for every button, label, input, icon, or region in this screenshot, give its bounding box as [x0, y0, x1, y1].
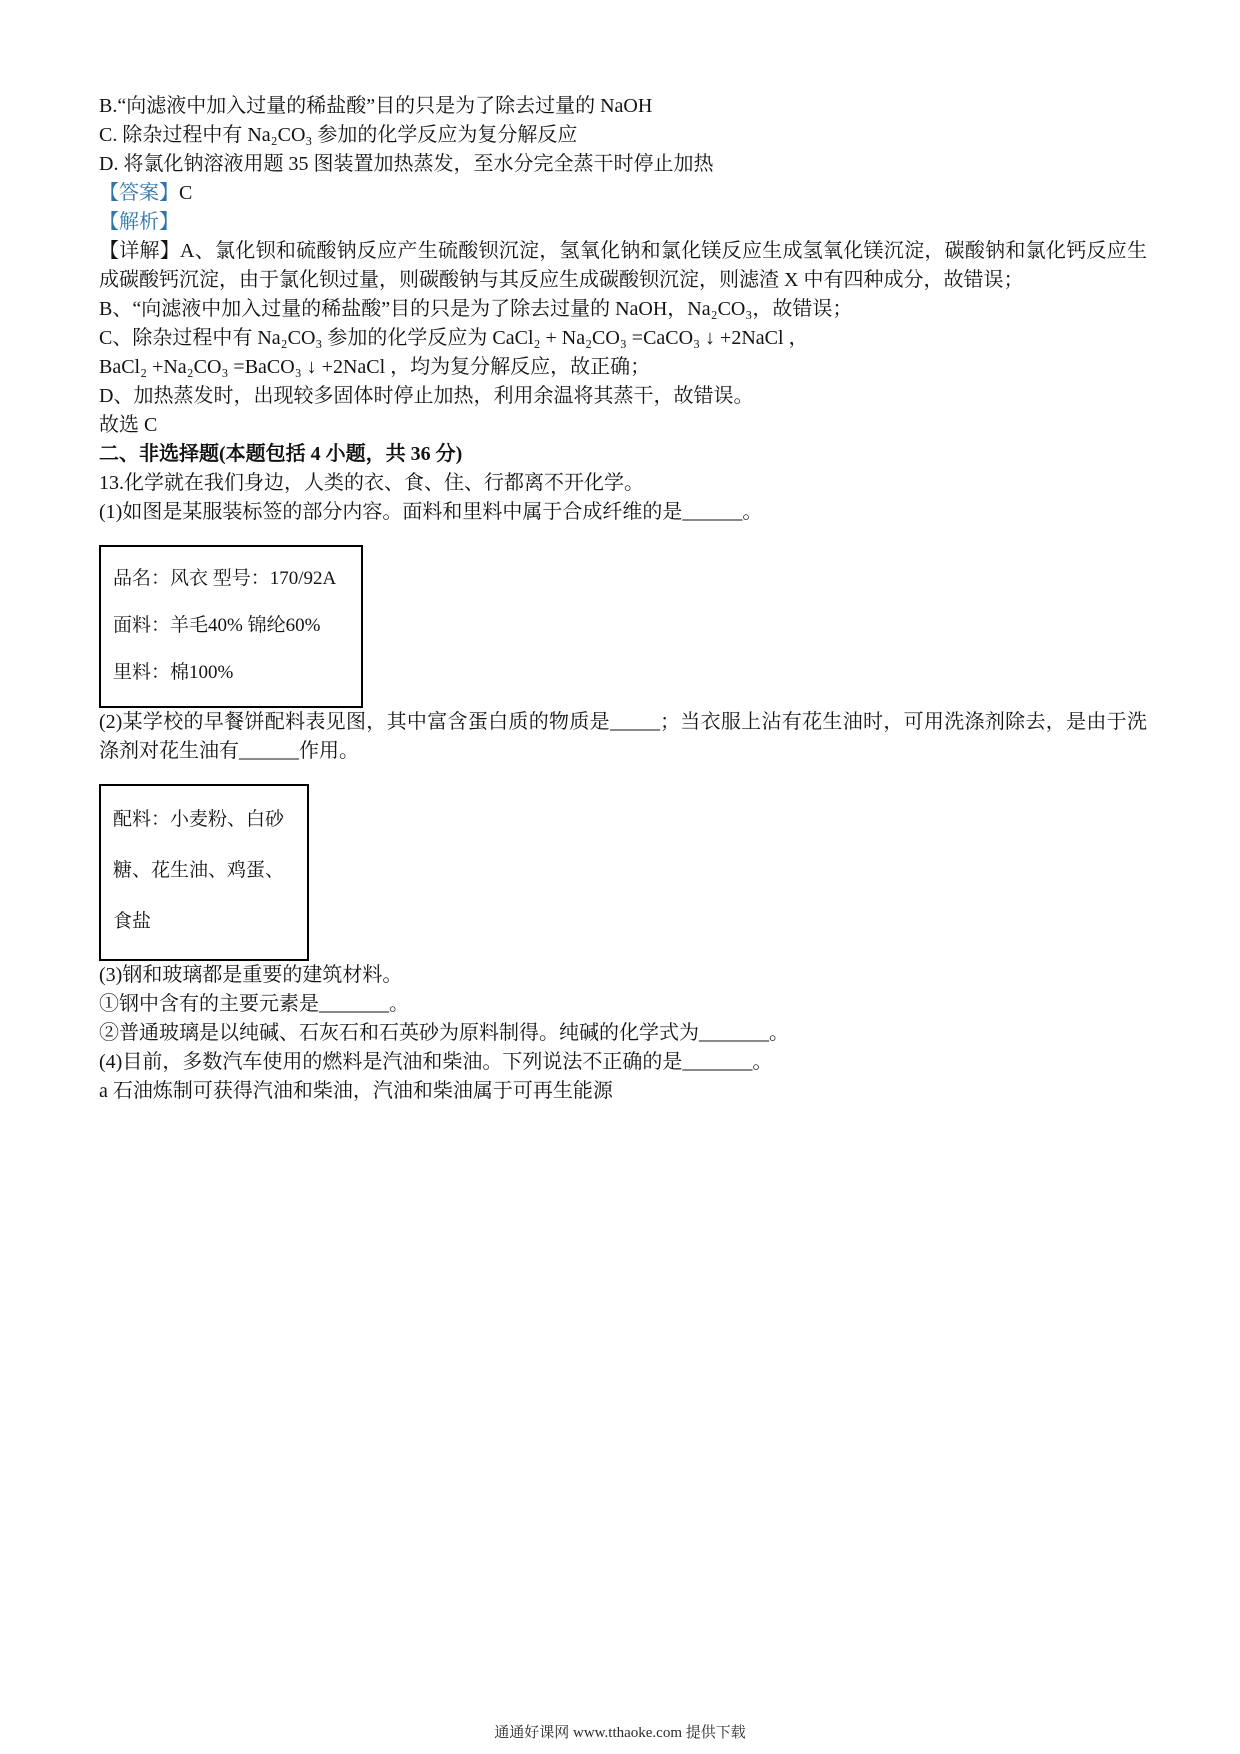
answer-label: 【答案】 [99, 182, 179, 204]
analysis-line: 【解析】 [99, 208, 1147, 237]
question-13-part3-sub2: ②普通玻璃是以纯碱、石灰石和石英砂为原料制得。纯碱的化学式为_______。 [99, 1019, 1147, 1048]
detail-paragraph-a: 【详解】A、氯化钡和硫酸钠反应产生硫酸钡沉淀，氢氧化钠和氯化镁反应生成氢氧化镁沉… [99, 237, 1147, 295]
question-13-part4: (4)目前，多数汽车使用的燃料是汽油和柴油。下列说法不正确的是_______。 [99, 1048, 1147, 1077]
question-13-part4-option-a: a 石油炼制可获得汽油和柴油，汽油和柴油属于可再生能源 [99, 1077, 1147, 1106]
clothing-label-box: 品名：风衣 型号：170/92A 面料：羊毛40% 锦纶60% 里料：棉100% [99, 545, 363, 708]
ingredients-box: 配料：小麦粉、白砂 糖、花生油、鸡蛋、 食盐 [99, 784, 309, 961]
ingredients-line-2: 糖、花生油、鸡蛋、 [113, 845, 295, 896]
answer-line: 【答案】C [99, 179, 1147, 208]
question-13-part1: (1)如图是某服装标签的部分内容。面料和里料中属于合成纤维的是______。 [99, 498, 1147, 527]
document-content: B.“向滤液中加入过量的稀盐酸”目的只是为了除去过量的 NaOH C. 除杂过程… [99, 92, 1147, 1106]
question-13-intro: 13.化学就在我们身边，人类的衣、食、住、行都离不开化学。 [99, 469, 1147, 498]
exam-document-page: B.“向滤液中加入过量的稀盐酸”目的只是为了除去过量的 NaOH C. 除杂过程… [0, 0, 1240, 1754]
question-13-part3-sub1: ①钢中含有的主要元素是_______。 [99, 990, 1147, 1019]
detail-paragraph-b: B、“向滤液中加入过量的稀盐酸”目的只是为了除去过量的 NaOH，Na₂CO₃，… [99, 295, 1147, 324]
clothing-label-line-3: 里料：棉100% [113, 649, 349, 696]
clothing-label-line-1: 品名：风衣 型号：170/92A [113, 555, 349, 602]
ingredients-line-3: 食盐 [113, 896, 295, 947]
answer-value: C [179, 182, 192, 204]
footer-credit: 通通好课网 www.tthaoke.com 提供下载 [0, 1721, 1240, 1742]
option-d-line: D. 将氯化钠溶液用题 35 图装置加热蒸发，至水分完全蒸干时停止加热 [99, 150, 1147, 179]
option-b-line: B.“向滤液中加入过量的稀盐酸”目的只是为了除去过量的 NaOH [99, 92, 1147, 121]
option-c-line: C. 除杂过程中有 Na₂CO₃ 参加的化学反应为复分解反应 [99, 121, 1147, 150]
question-13-part2: (2)某学校的早餐饼配料表见图，其中富含蛋白质的物质是_____；当衣服上沾有花… [99, 708, 1147, 766]
detail-paragraph-d: D、加热蒸发时，出现较多固体时停止加热，利用余温将其蒸干，故错误。 [99, 382, 1147, 411]
section-2-heading: 二、非选择题(本题包括 4 小题，共 36 分) [99, 440, 1147, 469]
ingredients-line-1: 配料：小麦粉、白砂 [113, 794, 295, 845]
analysis-label: 【解析】 [99, 211, 179, 233]
detail-paragraph-c-equation-2: BaCl₂ +Na₂CO₃ =BaCO₃ ↓ +2NaCl ，均为复分解反应，故… [99, 353, 1147, 382]
clothing-label-line-2: 面料：羊毛40% 锦纶60% [113, 602, 349, 649]
detail-paragraph-c-equation-1: C、除杂过程中有 Na₂CO₃ 参加的化学反应为 CaCl₂ + Na₂CO₃ … [99, 324, 1147, 353]
question-13-part3: (3)钢和玻璃都是重要的建筑材料。 [99, 961, 1147, 990]
conclusion-line: 故选 C [99, 411, 1147, 440]
